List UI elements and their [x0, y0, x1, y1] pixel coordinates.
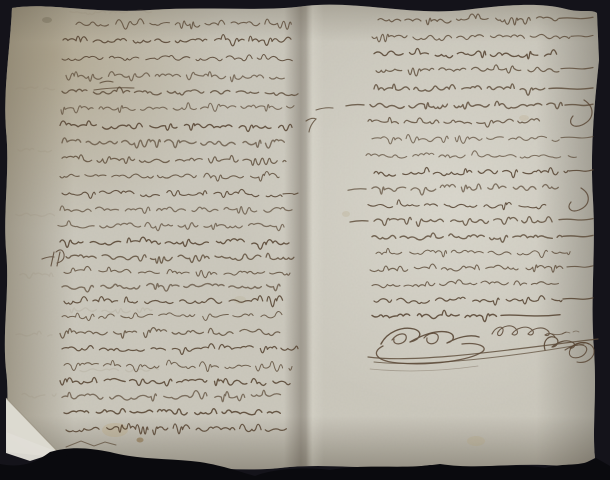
paper-grain — [0, 0, 610, 480]
stain-spot — [42, 17, 52, 23]
stain-spot — [342, 211, 350, 217]
stain-spot — [519, 115, 529, 121]
stain-spot — [102, 423, 128, 437]
stain-spot — [137, 438, 144, 443]
shading-layer — [0, 0, 610, 480]
stain-spot — [467, 436, 485, 446]
manuscript-canvas — [0, 0, 610, 480]
manuscript-photo — [0, 0, 610, 480]
